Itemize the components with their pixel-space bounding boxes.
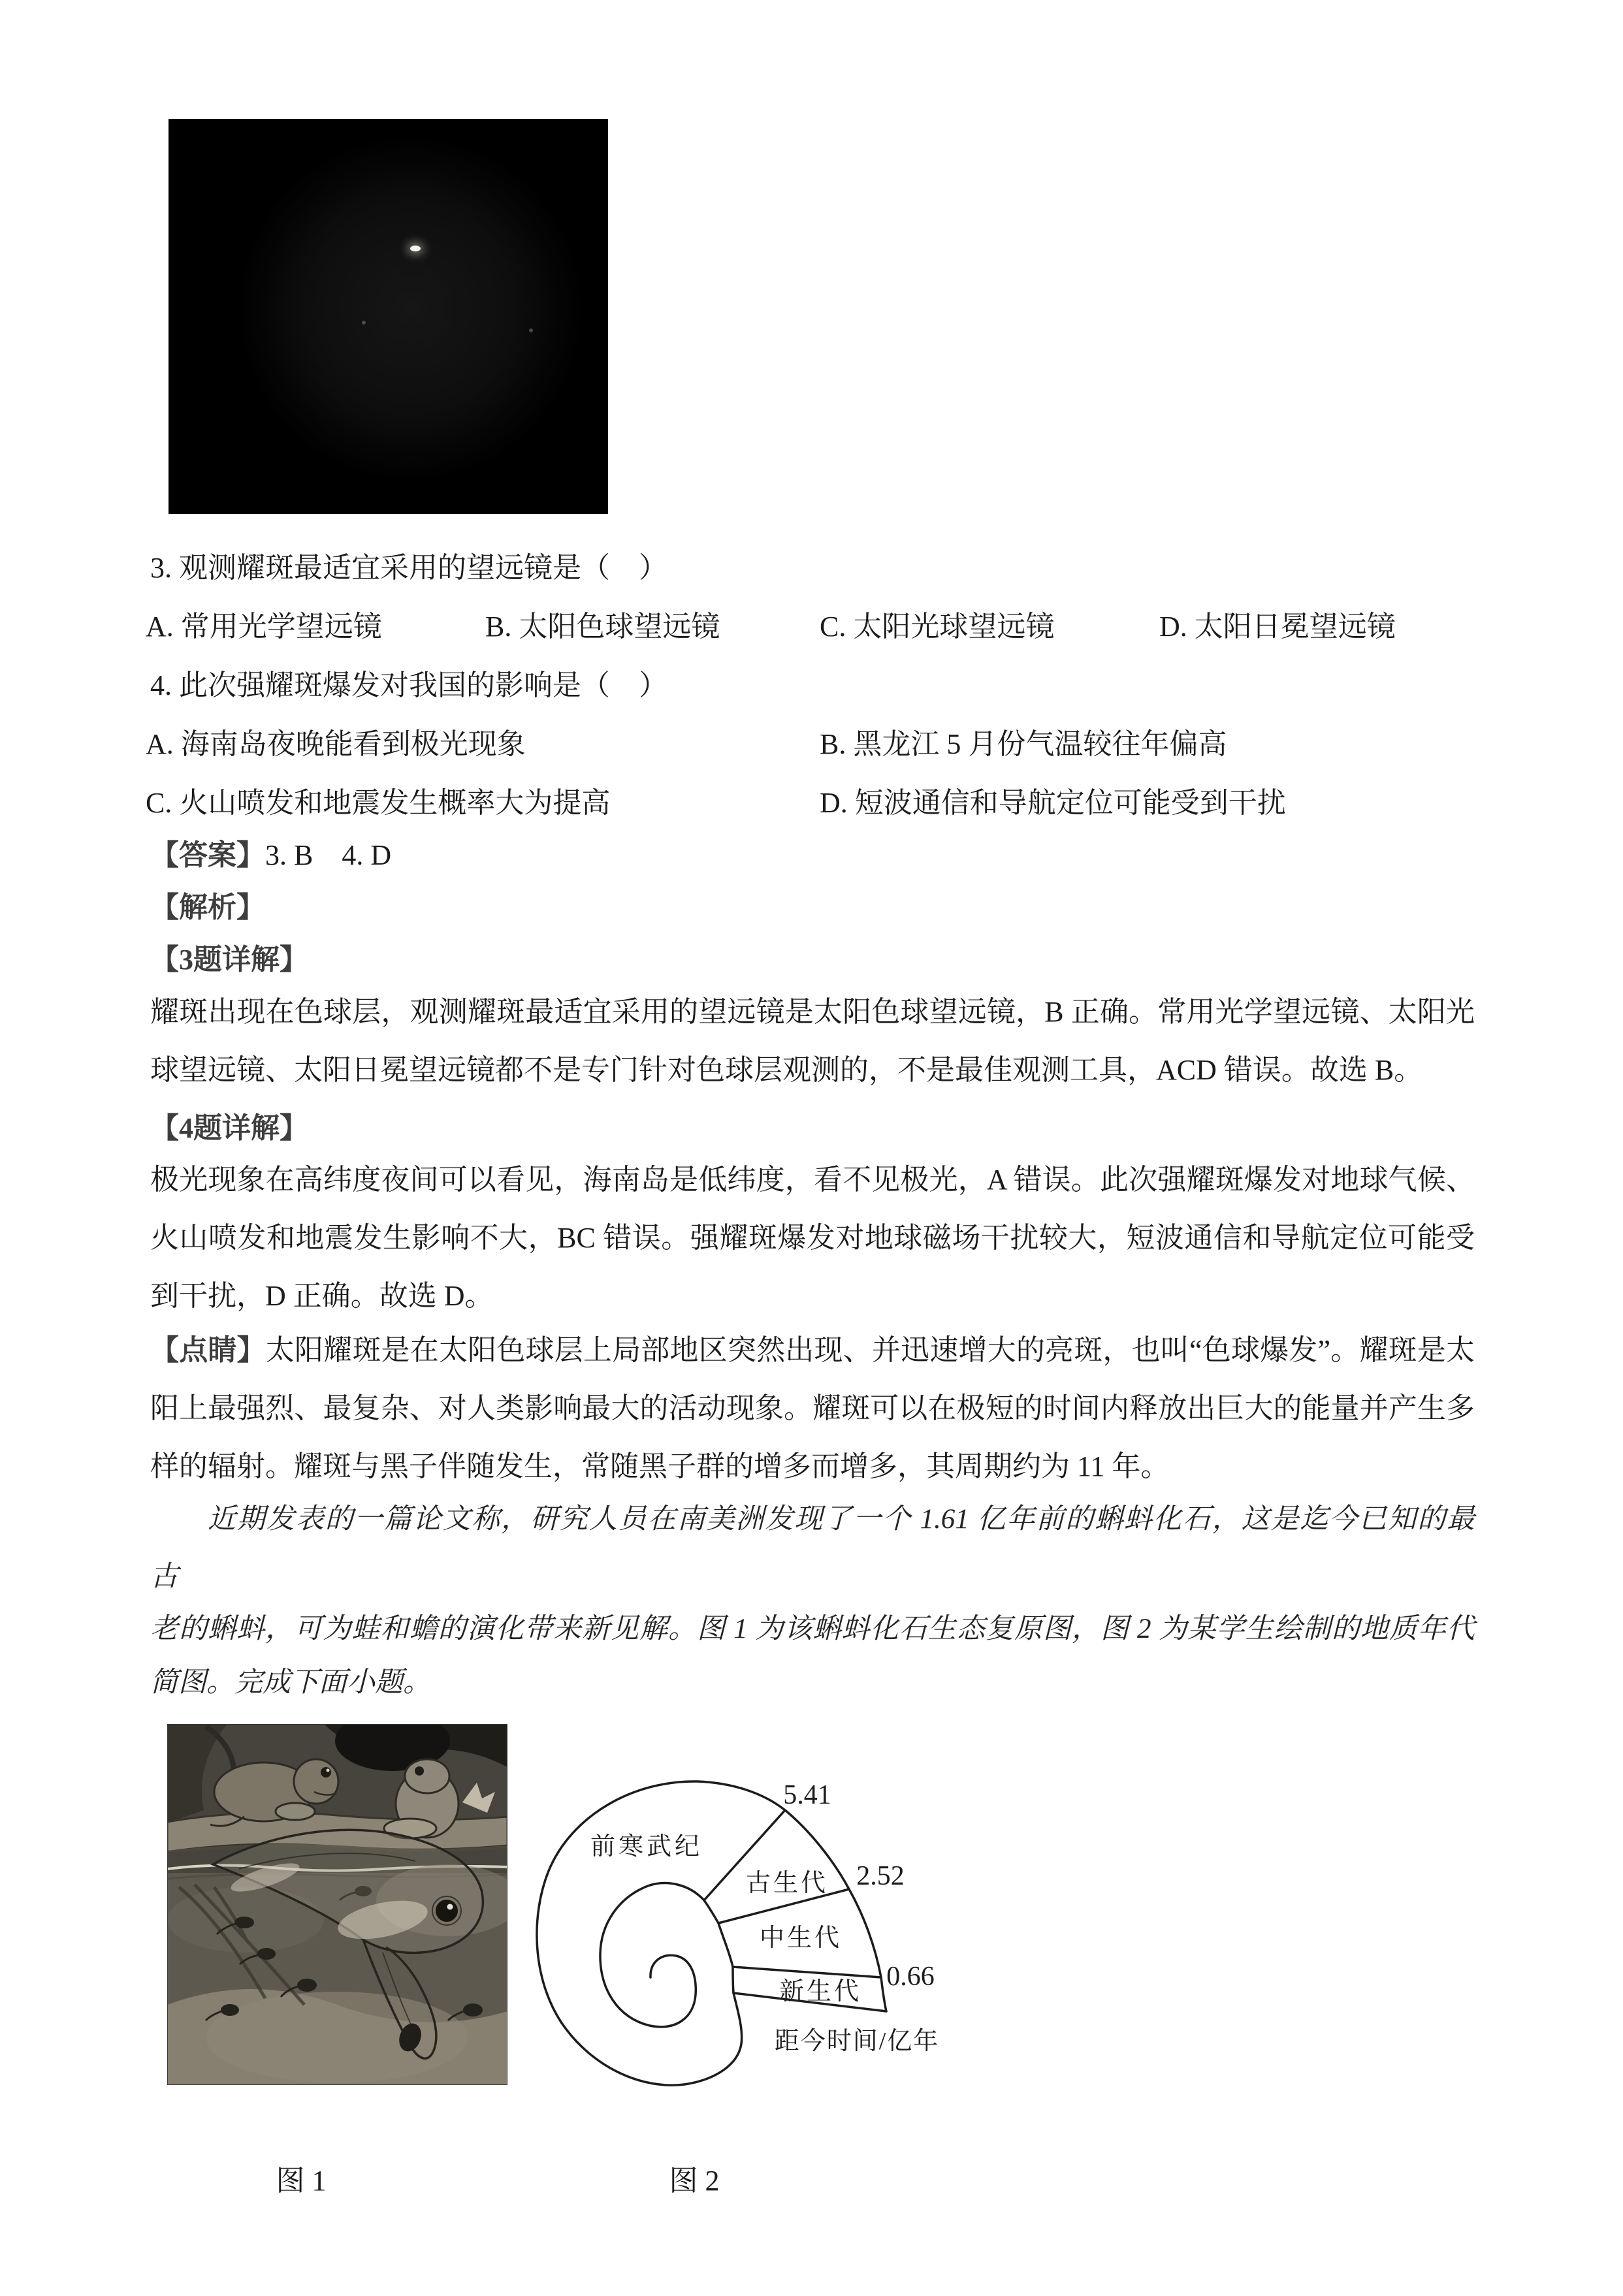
explain4-line-1: 极光现象在高纬度夜间可以看见，海南岛是低纬度，看不见极光，A 错误。此次强耀斑爆…	[150, 1162, 1475, 1198]
boundary-252-value: 2.52	[856, 1861, 905, 1891]
boundary-066-value: 0.66	[886, 1962, 935, 1992]
explain4-line-3: 到干扰，D 正确。故选 D。	[150, 1278, 494, 1314]
tips-label: 【点睛】	[150, 1334, 266, 1366]
passage-line-1: 近期发表的一篇论文称，研究人员在南美洲发现了一个 1.61 亿年前的蝌蚪化石，这…	[150, 1502, 1475, 1537]
era-precambrian-label: 前寒武纪	[590, 1833, 703, 1860]
figure2-geologic-spiral: 前寒武纪 古生代 中生代 新生代 5.41 2.52 0.66 距今时间/亿年	[516, 1763, 973, 2090]
era-mesozoic-label: 中生代	[760, 1924, 842, 1952]
answer-value: 3. B 4. D	[265, 839, 391, 871]
explain4-label: 【4题详解】	[150, 1110, 308, 1146]
faint-dot	[529, 328, 533, 332]
analysis-label: 【解析】	[150, 889, 265, 925]
era-cenozoic-label: 新生代	[779, 1978, 861, 2005]
tadpole-scene	[167, 1724, 507, 2085]
q4-option-b: B. 黑龙江 5 月份气温较往年偏高	[820, 726, 1227, 762]
q3-option-c: C. 太阳光球望远镜	[820, 609, 1054, 645]
spiral-axis-label: 距今时间/亿年	[775, 2028, 940, 2055]
q3-option-d: D. 太阳日冕望远镜	[1159, 609, 1396, 645]
figure1-tadpole-illustration	[167, 1724, 507, 2085]
faint-dot	[362, 321, 366, 325]
q4-option-a: A. 海南岛夜晚能看到极光现象	[146, 726, 526, 762]
explain3-line-1: 耀斑出现在色球层，观测耀斑最适宜采用的望远镜是太阳色球望远镜，B 正确。常用光学…	[150, 994, 1475, 1030]
q3-option-b: B. 太阳色球望远镜	[485, 609, 720, 645]
figure2-caption: 图 2	[669, 2163, 720, 2199]
solar-flare-photo	[169, 119, 608, 514]
answer-line: 【答案】3. B 4. D	[150, 837, 391, 873]
question-4-stem: 4. 此次强耀斑爆发对我国的影响是（ ）	[150, 667, 667, 703]
flare-bright-spot	[410, 246, 421, 251]
explain4-line-2: 火山喷发和地震发生影响不大，BC 错误。强耀斑爆发对地球磁场干扰较大，短波通信和…	[150, 1220, 1475, 1256]
explain3-label: 【3题详解】	[150, 942, 308, 978]
document-page: 3. 观测耀斑最适宜采用的望远镜是（ ） A. 常用光学望远镜 B. 太阳色球望…	[0, 0, 1623, 2296]
tips-line-3: 样的辐射。耀斑与黑子伴随发生，常随黑子群的增多而增多，其周期约为 11 年。	[150, 1448, 1169, 1484]
passage-line-2: 古	[150, 1559, 178, 1595]
figure1-caption: 图 1	[276, 2163, 327, 2199]
q3-option-a: A. 常用光学望远镜	[146, 609, 382, 645]
q4-option-d: D. 短波通信和导航定位可能受到干扰	[820, 785, 1286, 821]
passage-line-4: 简图。完成下面小题。	[150, 1665, 431, 1700]
geologic-spiral-diagram: 前寒武纪 古生代 中生代 新生代 5.41 2.52 0.66 距今时间/亿年	[516, 1763, 973, 2090]
question-3-stem: 3. 观测耀斑最适宜采用的望远镜是（ ）	[150, 550, 667, 586]
tips-line-1: 【点睛】太阳耀斑是在太阳色球层上局部地区突然出现、并迅速增大的亮斑，也叫“色球爆…	[150, 1332, 1475, 1368]
tips-line-2: 阳上最强烈、最复杂、对人类影响最大的活动现象。耀斑可以在极短的时间内释放出巨大的…	[150, 1390, 1475, 1426]
era-paleozoic-label: 古生代	[746, 1870, 828, 1897]
boundary-541-value: 5.41	[783, 1780, 831, 1810]
passage-line-3: 老的蝌蚪，可为蛙和蟾的演化带来新见解。图 1 为该蝌蚪化石生态复原图，图 2 为…	[150, 1612, 1475, 1647]
q4-option-c: C. 火山喷发和地震发生概率大为提高	[146, 785, 610, 821]
tips-text-1: 太阳耀斑是在太阳色球层上局部地区突然出现、并迅速增大的亮斑，也叫“色球爆发”。耀…	[266, 1334, 1475, 1366]
explain3-line-2: 球望远镜、太阳日冕望远镜都不是专门针对色球层观测的，不是最佳观测工具，ACD 错…	[150, 1052, 1422, 1088]
answer-label: 【答案】	[150, 839, 265, 871]
